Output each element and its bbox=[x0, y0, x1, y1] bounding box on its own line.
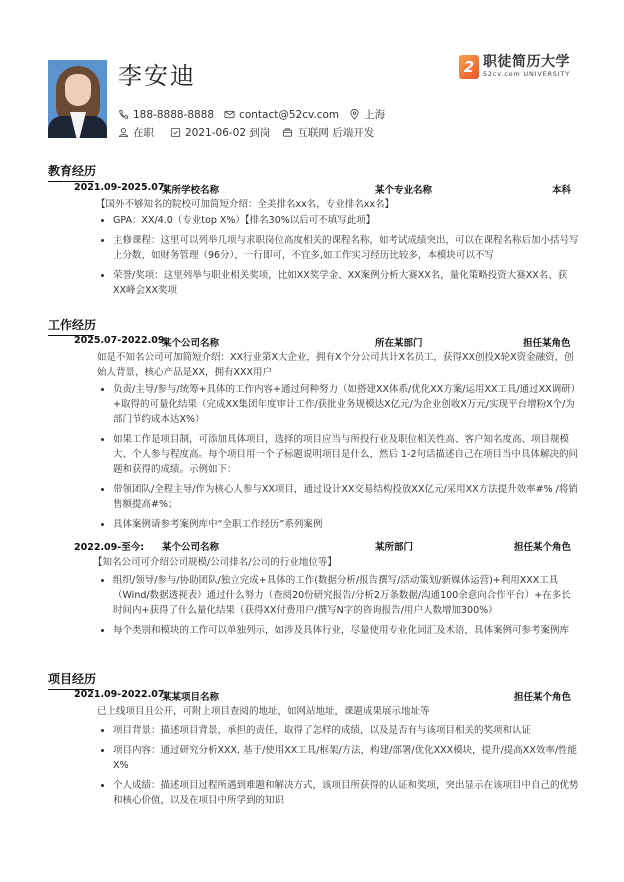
school-name: 某所学校名称 bbox=[162, 182, 219, 196]
role-name: 担任某角色 bbox=[523, 335, 571, 349]
available-date-text: 2021-06-02 到岗 bbox=[185, 125, 270, 140]
department-name: 所在某部门 bbox=[375, 335, 423, 349]
section-title-education: 教育经历 bbox=[48, 162, 94, 182]
list-item: 每个类别和模块的工作可以单独列示，如涉及具体行业，尽量使用专业化词汇及术语，具体… bbox=[97, 623, 579, 638]
company-name: 某个公司名称 bbox=[162, 335, 219, 349]
industry-text: 互联网 后端开发 bbox=[297, 125, 374, 140]
section-title-work: 工作经历 bbox=[48, 316, 94, 336]
contact-row: 188-8888-8888 contact@52cv.com 上海 bbox=[118, 107, 395, 122]
brand-logo: 2 职徒简历大学 52cv.com UNIVERSITY bbox=[459, 55, 570, 79]
work-intro: 【知名公司可介绍公司规模/公司排名/公司的行业地位等】 bbox=[93, 555, 571, 570]
list-item: 如果工作是项目制，可添加具体项目，选择的项目应当与所投行业及职位相关性高、客户知… bbox=[97, 432, 579, 477]
list-item: 荣誉/奖项：这里列举与职业相关奖项，比如XX奖学金、XX案例分析大赛XX名，量化… bbox=[97, 268, 579, 298]
briefcase-icon bbox=[282, 127, 293, 138]
list-item: 负责/主导/参与/统筹+具体的工作内容+通过何种努力（如搭建XX体系/优化XX方… bbox=[97, 382, 579, 427]
list-item: GPA：XX/4.0（专业top X%）【排名30%以后可不填写此项】 bbox=[97, 213, 579, 228]
entry-date: 2025.07-2022.09: bbox=[74, 335, 168, 346]
work-intro: 如是不知名公司可加简短介绍：XX行业第X大企业，拥有X个分公司共计X名员工，获得… bbox=[97, 350, 575, 380]
work-entry-header: 2022.09-至今: 某个公司名称 某所部门 担任某个角色 bbox=[74, 539, 572, 551]
candidate-name: 李安迪 bbox=[118, 56, 196, 91]
logo-mark-icon: 2 bbox=[459, 55, 479, 79]
phone-text: 188-8888-8888 bbox=[133, 109, 214, 121]
role-name: 担任某个角色 bbox=[514, 689, 571, 703]
company-name: 某个公司名称 bbox=[162, 539, 219, 553]
logo-cn-text: 职徒简历大学 bbox=[483, 55, 570, 70]
user-icon bbox=[118, 127, 129, 138]
calendar-check-icon bbox=[170, 127, 181, 138]
avatar-photo bbox=[48, 60, 107, 138]
email-text: contact@52cv.com bbox=[239, 109, 339, 121]
logo-en-text: 52cv.com UNIVERSITY bbox=[483, 70, 570, 79]
entry-date: 2021.09-2022.07: bbox=[74, 689, 168, 700]
project-intro: 已上线项目且公开，可附上项目查阅的地址，如网站地址，课题成果展示地址等 bbox=[97, 704, 575, 719]
list-item: 个人成绩：描述项目过程所遇到难题和解决方式，该项目所获得的认证和奖项，突出显示在… bbox=[97, 778, 579, 808]
project-name: 某某项目名称 bbox=[162, 689, 219, 703]
location-text: 上海 bbox=[364, 107, 385, 122]
job-status-text: 在职 bbox=[133, 125, 154, 140]
department-name: 某所部门 bbox=[375, 539, 413, 553]
mail-icon bbox=[224, 109, 235, 120]
list-item: 主修课程：这里可以列举几项与求职岗位高度相关的课程名称，如考试成绩突出，可以在课… bbox=[97, 233, 579, 263]
project-bullets: 项目背景：描述项目背景，承担的责任，取得了怎样的成绩，以及是否有与该项目相关的奖… bbox=[97, 723, 579, 813]
project-entry-header: 2021.09-2022.07: 某某项目名称 担任某个角色 bbox=[74, 689, 572, 701]
location-icon bbox=[349, 109, 360, 120]
role-name: 担任某个角色 bbox=[514, 539, 571, 553]
phone-icon bbox=[118, 109, 129, 120]
education-entry-header: 2021.09-2025.07: 某所学校名称 某个专业名称 本科 bbox=[74, 182, 572, 194]
work-bullets: 组织/领导/参与/协助团队/独立完成+具体的工作(数据分析/报告撰写/活动策划/… bbox=[97, 573, 579, 643]
section-title-projects: 项目经历 bbox=[48, 670, 94, 690]
list-item: 组织/领导/参与/协助团队/独立完成+具体的工作(数据分析/报告撰写/活动策划/… bbox=[97, 573, 579, 618]
entry-date: 2021.09-2025.07: bbox=[74, 182, 168, 193]
work-entry-header: 2025.07-2022.09: 某个公司名称 所在某部门 担任某角色 bbox=[74, 335, 572, 347]
list-item: 项目内容：通过研究分析XXX, 基于/使用XX工具/框架/方法，构建/部署/优化… bbox=[97, 743, 579, 773]
status-row: 在职 2021-06-02 到岗 互联网 后端开发 bbox=[118, 125, 384, 140]
degree: 本科 bbox=[552, 182, 571, 196]
list-item: 具体案例请参考案例库中“全职工作经历”系列案例 bbox=[97, 517, 579, 532]
work-bullets: 负责/主导/参与/统筹+具体的工作内容+通过何种努力（如搭建XX体系/优化XX方… bbox=[97, 382, 579, 537]
entry-date: 2022.09-至今: bbox=[74, 539, 144, 553]
major-name: 某个专业名称 bbox=[375, 182, 432, 196]
list-item: 项目背景：描述项目背景，承担的责任，取得了怎样的成绩，以及是否有与该项目相关的奖… bbox=[97, 723, 579, 738]
education-intro: 【国外不够知名的院校可加简短介绍：全美排名xx名，专业排名xx名】 bbox=[96, 197, 574, 212]
education-bullets: GPA：XX/4.0（专业top X%）【排名30%以后可不填写此项】 主修课程… bbox=[97, 213, 579, 303]
list-item: 带领团队/全程主导/作为核心人参与XX项目，通过设计XX交易结构投放XX亿元/采… bbox=[97, 482, 579, 512]
